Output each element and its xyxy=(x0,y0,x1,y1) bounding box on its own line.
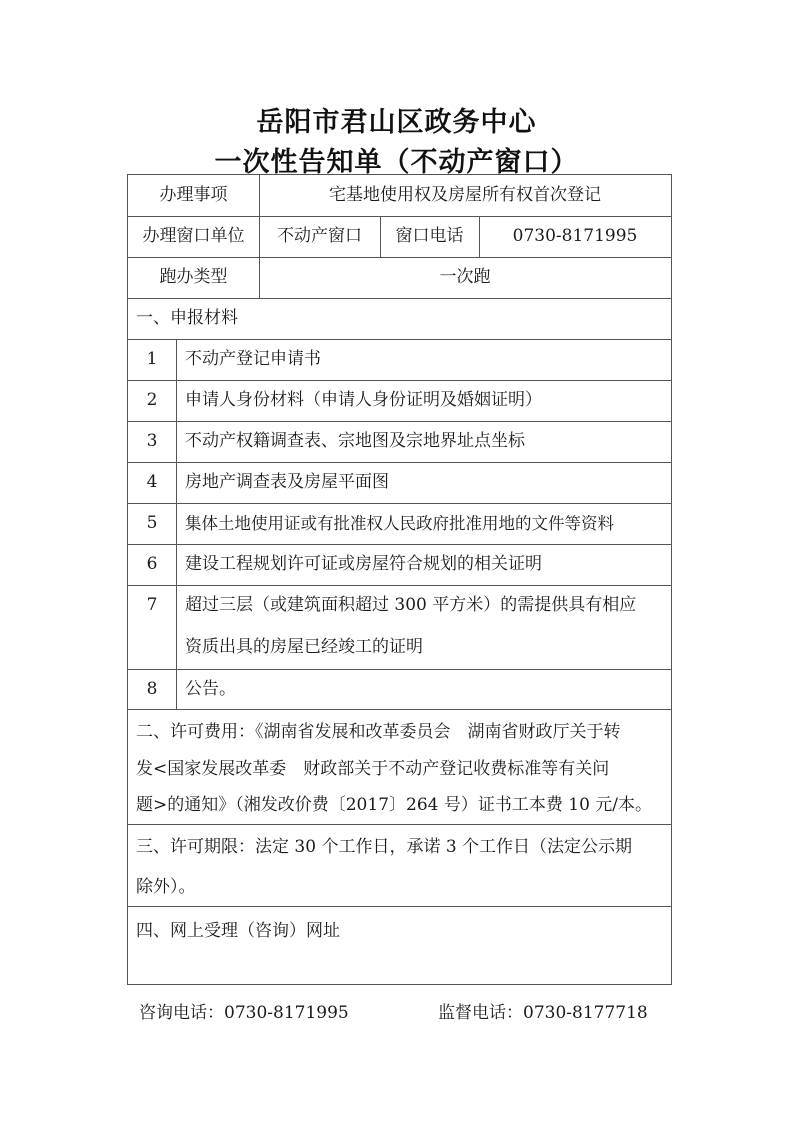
material-no: 6 xyxy=(128,544,176,585)
material-text-line1: 超过三层（或建筑面积超过 300 平方米）的需提供具有相应 xyxy=(185,585,636,626)
time-limit-line1: 三、许可期限：法定 30 个工作日，承诺 3 个工作日（法定公示期 xyxy=(136,827,632,868)
page-title-line1: 岳阳市君山区政务中心 xyxy=(0,100,793,139)
material-no: 8 xyxy=(128,669,176,710)
fees-line3: 题>的通知》（湘发改价费〔2017〕264 号）证书工本费 10 元/本。 xyxy=(136,785,652,826)
material-text: 不动产权籍调查表、宗地图及宗地界址点坐标 xyxy=(185,421,525,462)
material-text: 申请人身份材料（申请人身份证明及婚姻证明） xyxy=(185,380,542,421)
notice-table: 办理事项 宅基地使用权及房屋所有权首次登记 办理窗口单位 不动产窗口 窗口电话 … xyxy=(127,174,672,985)
material-text: 集体土地使用证或有批准权人民政府批准用地的文件等资料 xyxy=(185,503,614,544)
supervise-phone: 监督电话：0730-8177718 xyxy=(438,998,648,1023)
consult-phone: 咨询电话：0730-8171995 xyxy=(139,998,349,1023)
row-divider xyxy=(128,906,671,907)
material-text: 公告。 xyxy=(185,669,236,710)
type-value: 一次跑 xyxy=(259,257,671,298)
material-no: 5 xyxy=(128,503,176,544)
material-text: 不动产登记申请书 xyxy=(185,339,321,380)
material-text: 建设工程规划许可证或房屋符合规划的相关证明 xyxy=(185,544,542,585)
material-no: 2 xyxy=(128,380,176,421)
item-label: 办理事项 xyxy=(128,175,259,216)
col-divider xyxy=(176,339,177,709)
fees-line1: 二、许可费用：《湖南省发展和改革委员会 湖南省财政厅关于转 xyxy=(136,712,621,753)
materials-heading: 一、申报材料 xyxy=(136,298,238,339)
phone-label: 窗口电话 xyxy=(380,216,479,257)
phone-value: 0730-8171995 xyxy=(479,216,671,257)
material-no: 4 xyxy=(128,462,176,503)
time-limit-line2: 除外）。 xyxy=(136,867,196,908)
material-text-line2: 资质出具的房屋已经竣工的证明 xyxy=(185,627,423,668)
item-value: 宅基地使用权及房屋所有权首次登记 xyxy=(259,175,671,216)
online-heading: 四、网上受理（咨询）网址 xyxy=(136,911,340,952)
type-label: 跑办类型 xyxy=(128,257,259,298)
material-no: 1 xyxy=(128,339,176,380)
material-no: 3 xyxy=(128,421,176,462)
material-no: 7 xyxy=(128,585,176,626)
unit-label: 办理窗口单位 xyxy=(128,216,259,257)
material-text: 房地产调查表及房屋平面图 xyxy=(185,462,389,503)
unit-value: 不动产窗口 xyxy=(259,216,380,257)
fees-line2: 发<国家发展改革委 财政部关于不动产登记收费标准等有关问 xyxy=(136,749,609,790)
